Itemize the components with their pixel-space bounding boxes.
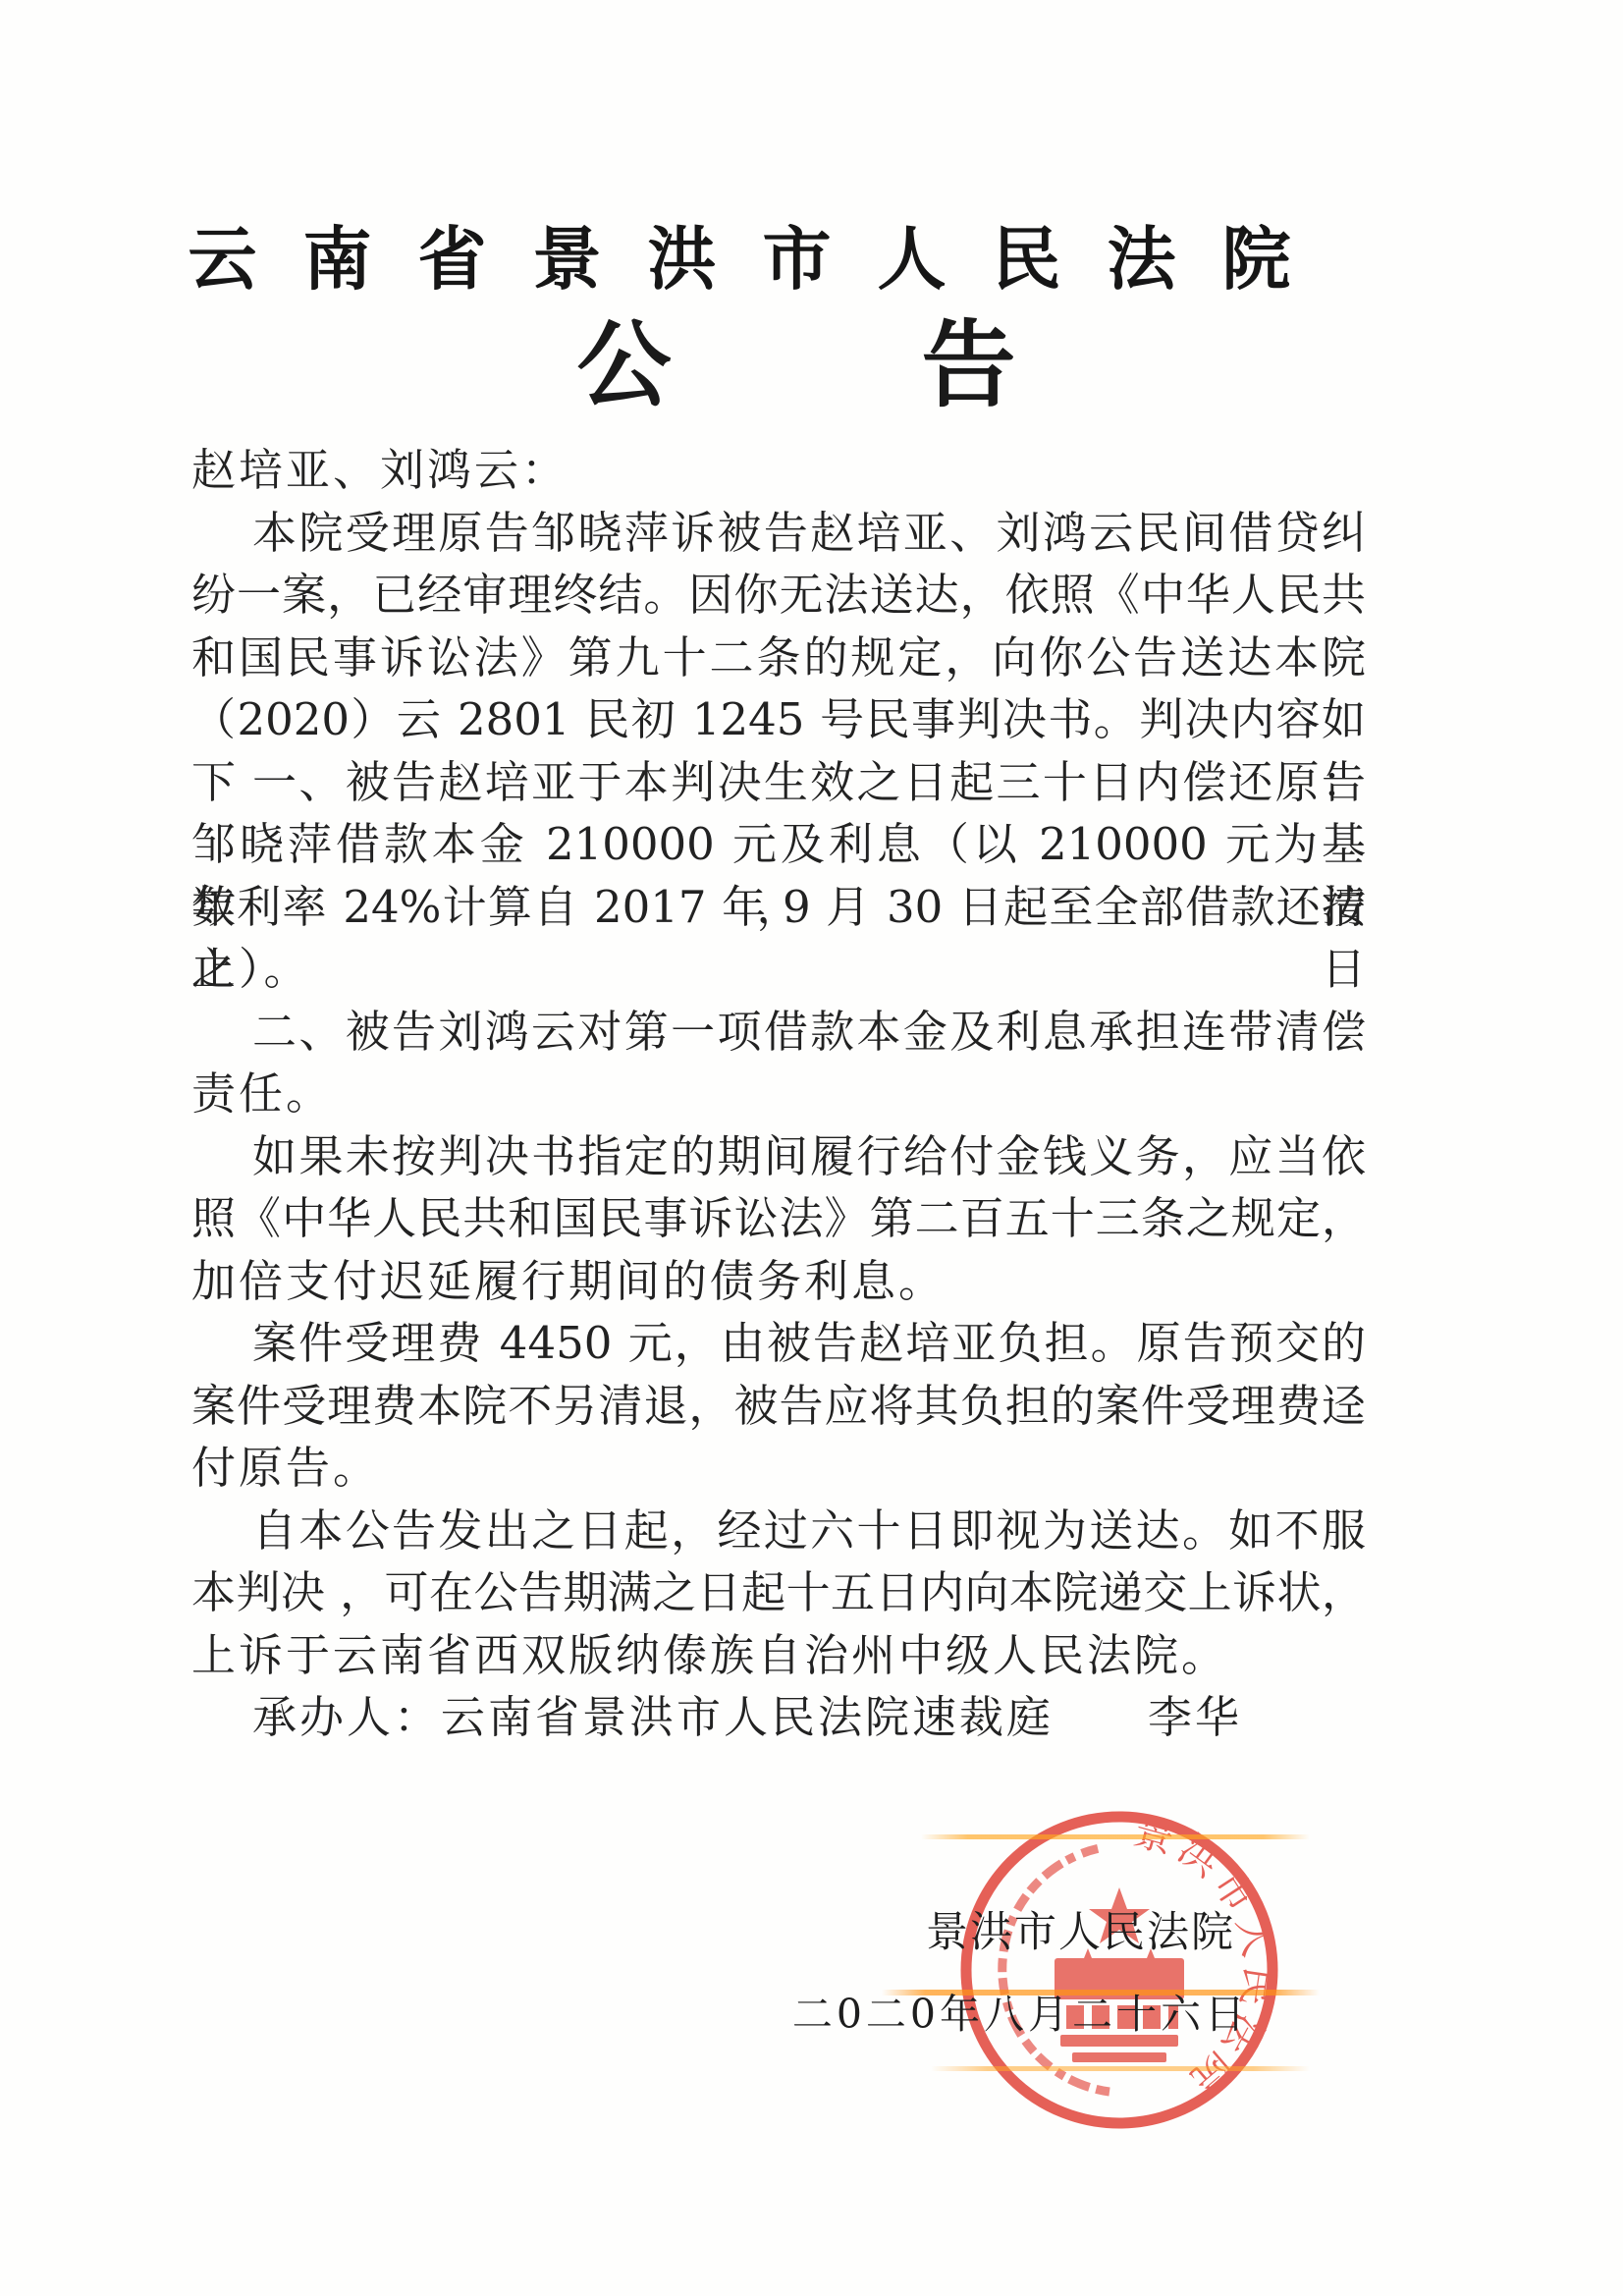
salutation-line: 赵培亚、刘鸿云： bbox=[191, 439, 1366, 502]
body-line: 和国民事诉讼法》第九十二条的规定，向你公告送达本院 bbox=[191, 627, 1366, 689]
body-line: 付原告。 bbox=[191, 1437, 1366, 1500]
document-title: 公告 bbox=[110, 312, 1623, 418]
body-line: 本院受理原告邹晓萍诉被告赵培亚、刘鸿云民间借贷纠 bbox=[191, 502, 1366, 565]
signature-date: 二0二0年八月二十六日 bbox=[792, 1982, 1249, 2040]
body-line: 加倍支付迟延履行期间的债务利息。 bbox=[191, 1250, 1366, 1313]
body-line: （2020）云 2801 民初 1245 号民事判决书。判决内容如下： bbox=[191, 688, 1366, 751]
announcement-body: 赵培亚、刘鸿云： 本院受理原告邹晓萍诉被告赵培亚、刘鸿云民间借贷纠 纷一案，已经… bbox=[191, 439, 1366, 1749]
signature-court-name: 景洪市人民法院 bbox=[926, 1899, 1235, 1959]
body-line: 一、被告赵培亚于本判决生效之日起三十日内偿还原告 bbox=[191, 751, 1366, 814]
body-line: 纷一案，已经审理终结。因你无法送达，依照《中华人民共 bbox=[191, 564, 1366, 627]
body-line: 二、被告刘鸿云对第一项借款本金及利息承担连带清偿 bbox=[191, 1001, 1366, 1064]
body-line: 年利率 24%计算自 2017 年 9 月 30 日起至全部借款还清之日 bbox=[191, 876, 1366, 939]
court-seal-graphic: 景洪市人民法院 bbox=[954, 1805, 1284, 2135]
announcement-page: 云南省景洪市人民法院 公告 赵培亚、刘鸿云： 本院受理原告邹晓萍诉被告赵培亚、刘… bbox=[0, 0, 1623, 2296]
body-line: 责任。 bbox=[191, 1063, 1366, 1125]
body-line: 如果未按判决书指定的期间履行给付金钱义务，应当依 bbox=[191, 1125, 1366, 1188]
undertaker-line: 承办人：云南省景洪市人民法院速裁庭 李华 bbox=[191, 1686, 1366, 1749]
court-name-heading: 云南省景洪市人民法院 bbox=[0, 220, 1574, 299]
court-seal: 景洪市人民法院 bbox=[954, 1805, 1284, 2135]
body-line: 本判决 ，可在公告期满之日起十五日内向本院递交上诉状， bbox=[191, 1561, 1366, 1624]
body-line: 案件受理费本院不另清退，被告应将其负担的案件受理费迳 bbox=[191, 1375, 1366, 1438]
body-line: 上诉于云南省西双版纳傣族自治州中级人民法院。 bbox=[191, 1624, 1366, 1687]
body-line: 案件受理费 4450 元，由被告赵培亚负担。原告预交的 bbox=[191, 1312, 1366, 1375]
body-line: 邹晓萍借款本金 210000 元及利息（以 210000 元为基数，按 bbox=[191, 813, 1366, 876]
body-line: 照《中华人民共和国民事诉讼法》第二百五十三条之规定， bbox=[191, 1187, 1366, 1250]
body-line: 自本公告发出之日起，经过六十日即视为送达。如不服 bbox=[191, 1500, 1366, 1562]
